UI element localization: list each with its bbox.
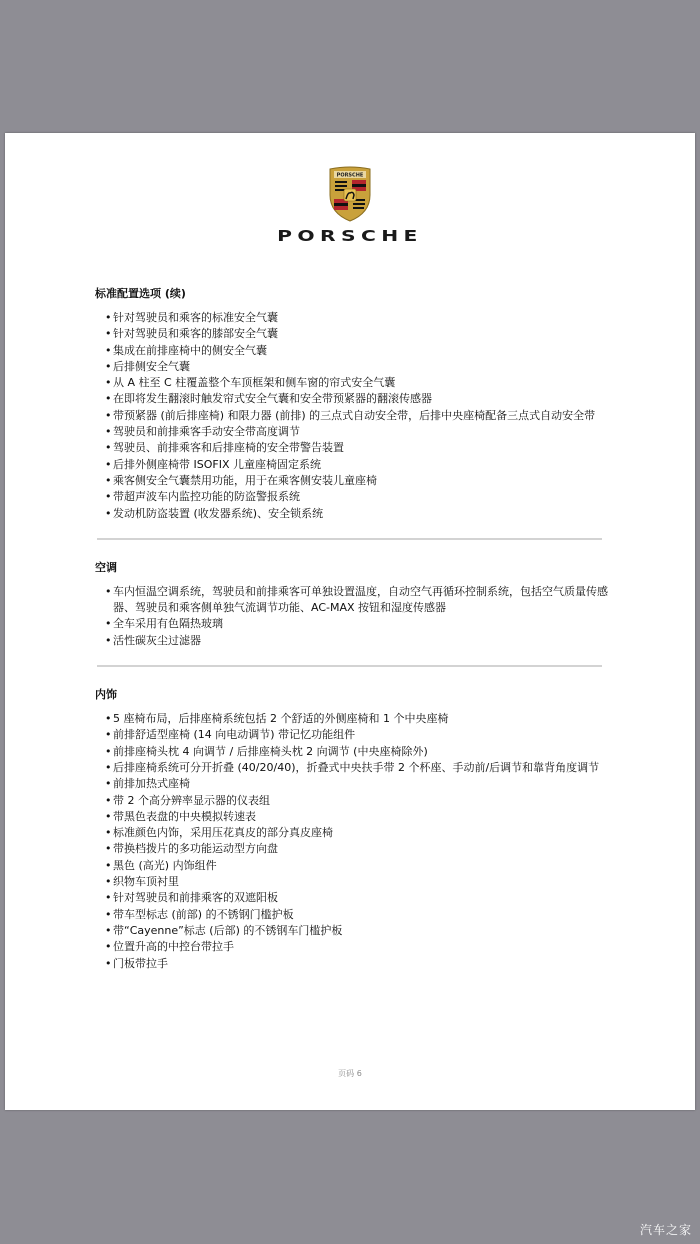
- list-item: 乘客侧安全气囊禁用功能，用于在乘客侧安装儿童座椅: [105, 473, 615, 489]
- section-divider: [97, 538, 602, 540]
- section-title: 标准配置选项 (续): [95, 286, 615, 302]
- list-item: 带超声波车内监控功能的防盗警报系统: [105, 489, 615, 505]
- list-item: 黑色 (高光) 内饰组件: [105, 858, 615, 874]
- list-item: 带换档拨片的多功能运动型方向盘: [105, 841, 615, 857]
- section-standard-options: 标准配置选项 (续) 针对驾驶员和乘客的标准安全气囊 针对驾驶员和乘客的膝部安全…: [95, 286, 615, 540]
- list-item: 发动机防盗装置 (收发器系统)、安全锁系统: [105, 506, 615, 522]
- watermark: 汽车之家: [640, 1221, 692, 1238]
- list-item: 位置升高的中控台带拉手: [105, 939, 615, 955]
- list-item: 针对驾驶员和前排乘客的双遮阳板: [105, 890, 615, 906]
- list-item: 针对驾驶员和乘客的膝部安全气囊: [105, 326, 615, 342]
- section-air-conditioning: 空调 车内恒温空调系统，驾驶员和前排乘客可单独设置温度，自动空气再循环控制系统，…: [95, 560, 615, 667]
- svg-text:PORSCHE: PORSCHE: [337, 173, 364, 179]
- feature-list: 5 座椅布局，后排座椅系统包括 2 个舒适的外侧座椅和 1 个中央座椅 前排舒适…: [95, 711, 615, 972]
- list-item: 带预紧器 (前后排座椅) 和限力器 (前排) 的三点式自动安全带，后排中央座椅配…: [105, 408, 615, 424]
- feature-list: 针对驾驶员和乘客的标准安全气囊 针对驾驶员和乘客的膝部安全气囊 集成在前排座椅中…: [95, 310, 615, 522]
- list-item: 带 2 个高分辨率显示器的仪表组: [105, 793, 615, 809]
- section-title: 空调: [95, 560, 615, 576]
- list-item: 后排侧安全气囊: [105, 359, 615, 375]
- list-item: 带车型标志 (前部) 的不锈钢门槛护板: [105, 907, 615, 923]
- list-item: 车内恒温空调系统，驾驶员和前排乘客可单独设置温度，自动空气再循环控制系统，包括空…: [105, 584, 615, 617]
- feature-list: 车内恒温空调系统，驾驶员和前排乘客可单独设置温度，自动空气再循环控制系统，包括空…: [95, 584, 615, 649]
- section-divider: [97, 665, 602, 667]
- list-item: 标准颜色内饰，采用压花真皮的部分真皮座椅: [105, 825, 615, 841]
- list-item: 驾驶员和前排乘客手动安全带高度调节: [105, 424, 615, 440]
- document-content: 标准配置选项 (续) 针对驾驶员和乘客的标准安全气囊 针对驾驶员和乘客的膝部安全…: [95, 286, 615, 972]
- list-item: 带黑色表盘的中央模拟转速表: [105, 809, 615, 825]
- list-item: 集成在前排座椅中的侧安全气囊: [105, 343, 615, 359]
- list-item: 全车采用有色隔热玻璃: [105, 616, 615, 632]
- list-item: 前排座椅头枕 4 向调节 / 后排座椅头枕 2 向调节 (中央座椅除外): [105, 744, 615, 760]
- porsche-wordmark: PORSCHE: [277, 227, 423, 245]
- list-item: 后排外侧座椅带 ISOFIX 儿童座椅固定系统: [105, 457, 615, 473]
- page-number: 页码 6: [5, 1068, 695, 1079]
- list-item: 从 A 柱至 C 柱覆盖整个车顶框架和侧车窗的帘式安全气囊: [105, 375, 615, 391]
- list-item: 织物车顶衬里: [105, 874, 615, 890]
- list-item: 后排座椅系统可分开折叠 (40/20/40)，折叠式中央扶手带 2 个杯座、手动…: [105, 760, 615, 776]
- list-item: 前排舒适型座椅 (14 向电动调节) 带记忆功能组件: [105, 727, 615, 743]
- list-item: 针对驾驶员和乘客的标准安全气囊: [105, 310, 615, 326]
- section-interior: 内饰 5 座椅布局，后排座椅系统包括 2 个舒适的外侧座椅和 1 个中央座椅 前…: [95, 687, 615, 972]
- porsche-logo: PORSCHE PORSCHE: [5, 165, 695, 245]
- list-item: 前排加热式座椅: [105, 776, 615, 792]
- porsche-crest-icon: PORSCHE: [326, 165, 374, 223]
- list-item: 驾驶员、前排乘客和后排座椅的安全带警告装置: [105, 440, 615, 456]
- list-item: 活性碳灰尘过滤器: [105, 633, 615, 649]
- list-item: 门板带拉手: [105, 956, 615, 972]
- section-title: 内饰: [95, 687, 615, 703]
- document-page: PORSCHE PORSCHE 标准配置选项 (续) 针对驾驶员和乘客的标准安全…: [5, 133, 695, 1110]
- list-item: 5 座椅布局，后排座椅系统包括 2 个舒适的外侧座椅和 1 个中央座椅: [105, 711, 615, 727]
- list-item: 带“Cayenne”标志 (后部) 的不锈钢车门槛护板: [105, 923, 615, 939]
- list-item: 在即将发生翻滚时触发帘式安全气囊和安全带预紧器的翻滚传感器: [105, 391, 615, 407]
